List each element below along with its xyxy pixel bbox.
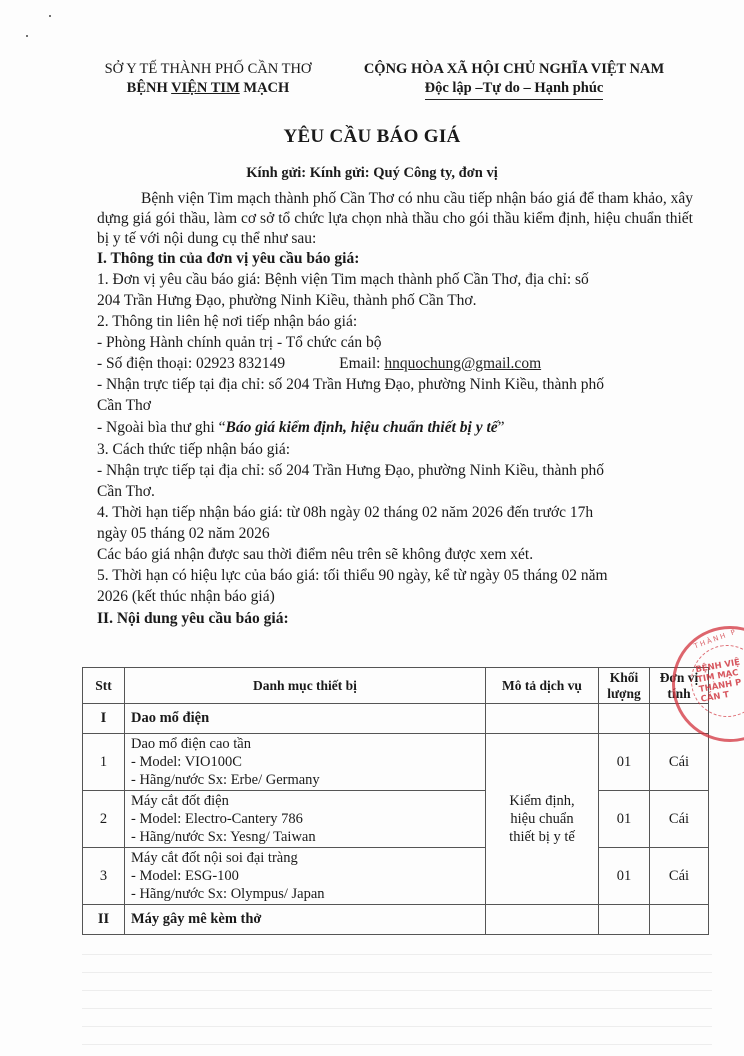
section1-heading: I. Thông tin của đơn vị yêu cầu báo giá: — [97, 249, 359, 269]
section2-heading: II. Nội dung yêu cầu báo giá: — [97, 609, 289, 629]
document-page: SỞ Y TẾ THÀNH PHỐ CẦN THƠ BỆNH VIỆN TIM … — [0, 0, 744, 1056]
intro-paragraph: Bệnh viện Tim mạch thành phố Cần Thơ có … — [97, 189, 693, 249]
motto: Độc lập –Tự do – Hạnh phúc — [425, 79, 604, 100]
late-note: Các báo giá nhận được sau thời điểm nêu … — [97, 545, 533, 565]
salutation: Kính gửi: Kính gửi: Quý Công ty, đơn vị — [0, 165, 744, 182]
table-header-row: Stt Danh mục thiết bị Mô tả dịch vụ Khối… — [83, 668, 709, 704]
deadline-line1: 4. Thời hạn tiếp nhận báo giá: từ 08h ng… — [97, 503, 593, 523]
contact-heading: 2. Thông tin liên hệ nơi tiếp nhận báo g… — [97, 312, 357, 332]
scan-speck — [26, 35, 28, 37]
issuer-hospital: BỆNH VIỆN TIM MẠCH — [88, 79, 328, 98]
bleed-through-shadow — [82, 937, 712, 1047]
equipment-table: Stt Danh mục thiết bị Mô tả dịch vụ Khối… — [82, 667, 709, 935]
validity-line1: 5. Thời hạn có hiệu lực của báo giá: tối… — [97, 566, 608, 586]
contact-department: - Phòng Hành chính quản trị - Tổ chức cá… — [97, 333, 381, 353]
scan-speck — [49, 15, 51, 17]
phone: - Số điện thoại: 02923 832149 — [97, 355, 285, 372]
method-line2: Cần Thơ. — [97, 482, 155, 502]
issuer-department: SỞ Y TẾ THÀNH PHỐ CẦN THƠ — [88, 60, 328, 79]
col-qty: Khốilượng — [599, 668, 650, 704]
table-row: 3 Máy cắt đốt nội soi đại tràng- Model: … — [83, 848, 709, 905]
col-name: Danh mục thiết bị — [125, 668, 486, 704]
contact-phone-email: - Số điện thoại: 02923 832149Email: hnqu… — [97, 354, 541, 374]
validity-line2: 2026 (kết thúc nhận báo giá) — [97, 587, 275, 607]
col-desc: Mô tả dịch vụ — [486, 668, 599, 704]
envelope-note: - Ngoài bìa thư ghi “Báo giá kiểm định, … — [97, 418, 505, 438]
direct-address-line2: Cần Thơ — [97, 396, 151, 416]
issuer-header: SỞ Y TẾ THÀNH PHỐ CẦN THƠ BỆNH VIỆN TIM … — [88, 60, 328, 98]
email-link[interactable]: hnquochung@gmail.com — [384, 355, 541, 372]
table-group-row: II Máy gây mê kèm thở — [83, 905, 709, 935]
col-stt: Stt — [83, 668, 125, 704]
method-line1: - Nhận trực tiếp tại địa chỉ: số 204 Trầ… — [97, 461, 604, 481]
national-motto: CỘNG HÒA XÃ HỘI CHỦ NGHĨA VIỆT NAM Độc l… — [345, 60, 683, 100]
direct-address-line1: - Nhận trực tiếp tại địa chỉ: số 204 Trầ… — [97, 375, 604, 395]
table-row: 1 Dao mổ điện cao tần- Model: VIO100C- H… — [83, 734, 709, 791]
table-group-row: I Dao mổ điện — [83, 704, 709, 734]
service-description: Kiểm định,hiệu chuẩnthiết bị y tế — [486, 734, 599, 905]
document-title: YÊU CẦU BÁO GIÁ — [0, 126, 744, 148]
deadline-line2: ngày 05 tháng 02 năm 2026 — [97, 524, 270, 544]
requester-line1: 1. Đơn vị yêu cầu báo giá: Bệnh viện Tim… — [97, 270, 589, 290]
method-heading: 3. Cách thức tiếp nhận báo giá: — [97, 440, 290, 460]
requester-line2: 204 Trần Hưng Đạo, phường Ninh Kiều, thà… — [97, 291, 477, 311]
country-name: CỘNG HÒA XÃ HỘI CHỦ NGHĨA VIỆT NAM — [345, 60, 683, 79]
table-row: 2 Máy cắt đốt điện- Model: Electro-Cante… — [83, 791, 709, 848]
